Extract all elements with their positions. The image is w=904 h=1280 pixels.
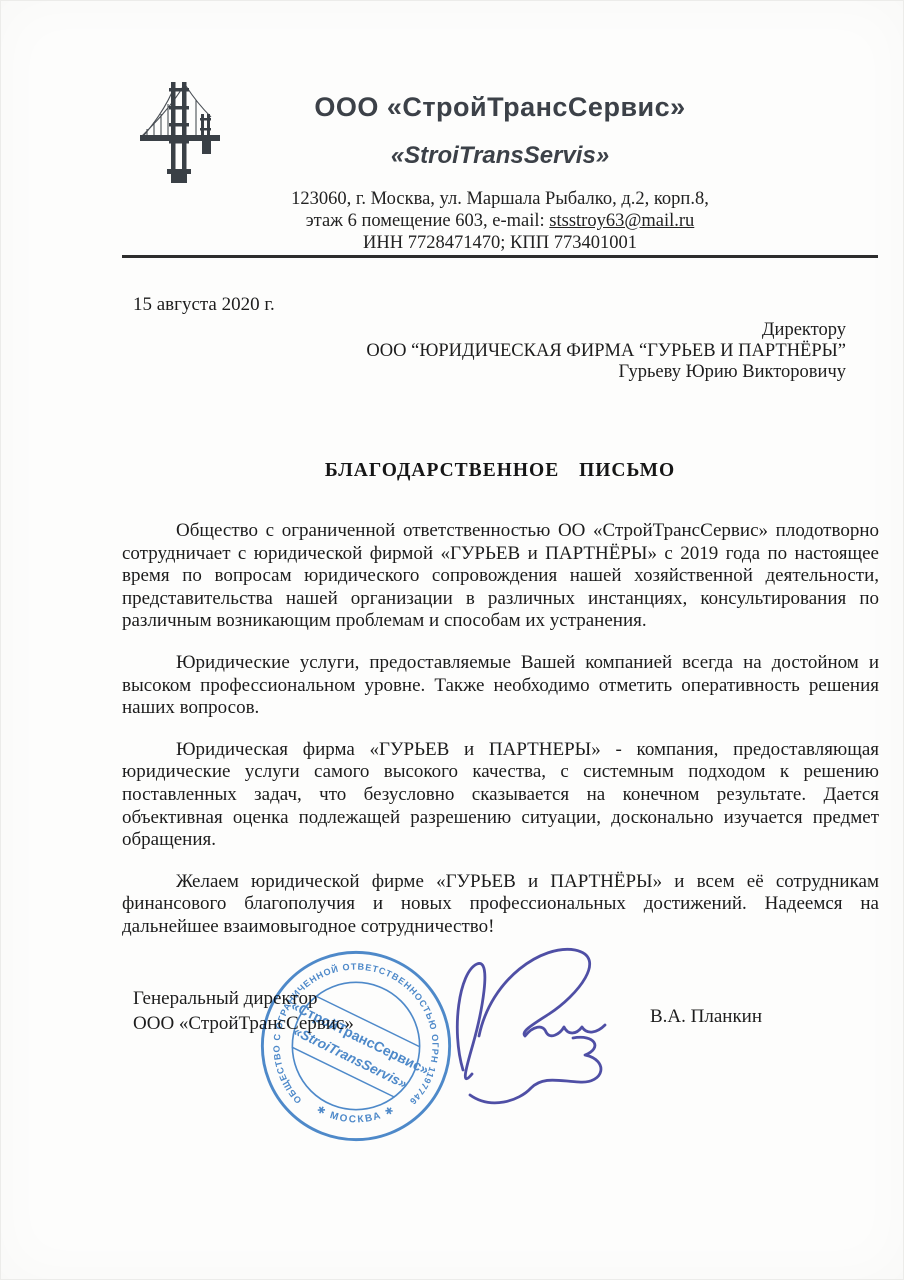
recipient-title: Директору xyxy=(366,320,846,341)
address-line-2-prefix: этаж 6 помещение 603, e-mail: xyxy=(306,211,550,231)
letter-title: БЛАГОДАРСТВЕННОЕ ПИСЬМО xyxy=(122,460,878,482)
paragraph-2: Юридические услуги, предоставляемые Ваше… xyxy=(122,652,879,720)
recipient-person: Гурьеву Юрию Викторовичу xyxy=(366,362,846,383)
company-name-ru: ООО «СтройТрансСервис» xyxy=(122,92,878,123)
paragraph-1: Общество с ограниченной ответственностью… xyxy=(122,520,879,633)
company-name-en: «StroiTransServis» xyxy=(122,142,878,170)
paragraph-4: Желаем юридической фирме «ГУРЬЕВ и ПАРТН… xyxy=(122,871,879,939)
address-line-2: этаж 6 помещение 603, e-mail: stsstroy63… xyxy=(122,210,878,232)
email-address: stsstroy63@mail.ru xyxy=(549,211,694,231)
stamp-bottom-text: ✱ МОСКВА ✱ xyxy=(315,1104,398,1125)
recipient-company: ООО “ЮРИДИЧЕСКАЯ ФИРМА “ГУРЬЕВ И ПАРТНЁР… xyxy=(366,341,846,362)
letter-body: Общество с ограниченной ответственностью… xyxy=(122,520,879,958)
scanned-letter-page: ООО «СтройТрансСервис» «StroiTransServis… xyxy=(0,0,904,1280)
company-address-block: 123060, г. Москва, ул. Маршала Рыбалко, … xyxy=(122,188,878,254)
recipient-block: Директору ООО “ЮРИДИЧЕСКАЯ ФИРМА “ГУРЬЕВ… xyxy=(366,320,846,383)
letter-date: 15 августа 2020 г. xyxy=(133,294,275,316)
svg-text:✱ МОСКВА ✱: ✱ МОСКВА ✱ xyxy=(315,1104,398,1125)
handwritten-signature xyxy=(425,938,690,1123)
paragraph-3: Юридическая фирма «ГУРЬЕВ и ПАРТНЕРЫ» - … xyxy=(122,739,879,852)
signer-name: В.А. Планкин xyxy=(650,1006,762,1028)
address-line-1: 123060, г. Москва, ул. Маршала Рыбалко, … xyxy=(122,188,878,210)
address-line-3: ИНН 7728471470; КПП 773401001 xyxy=(122,232,878,254)
header-divider xyxy=(122,255,878,258)
